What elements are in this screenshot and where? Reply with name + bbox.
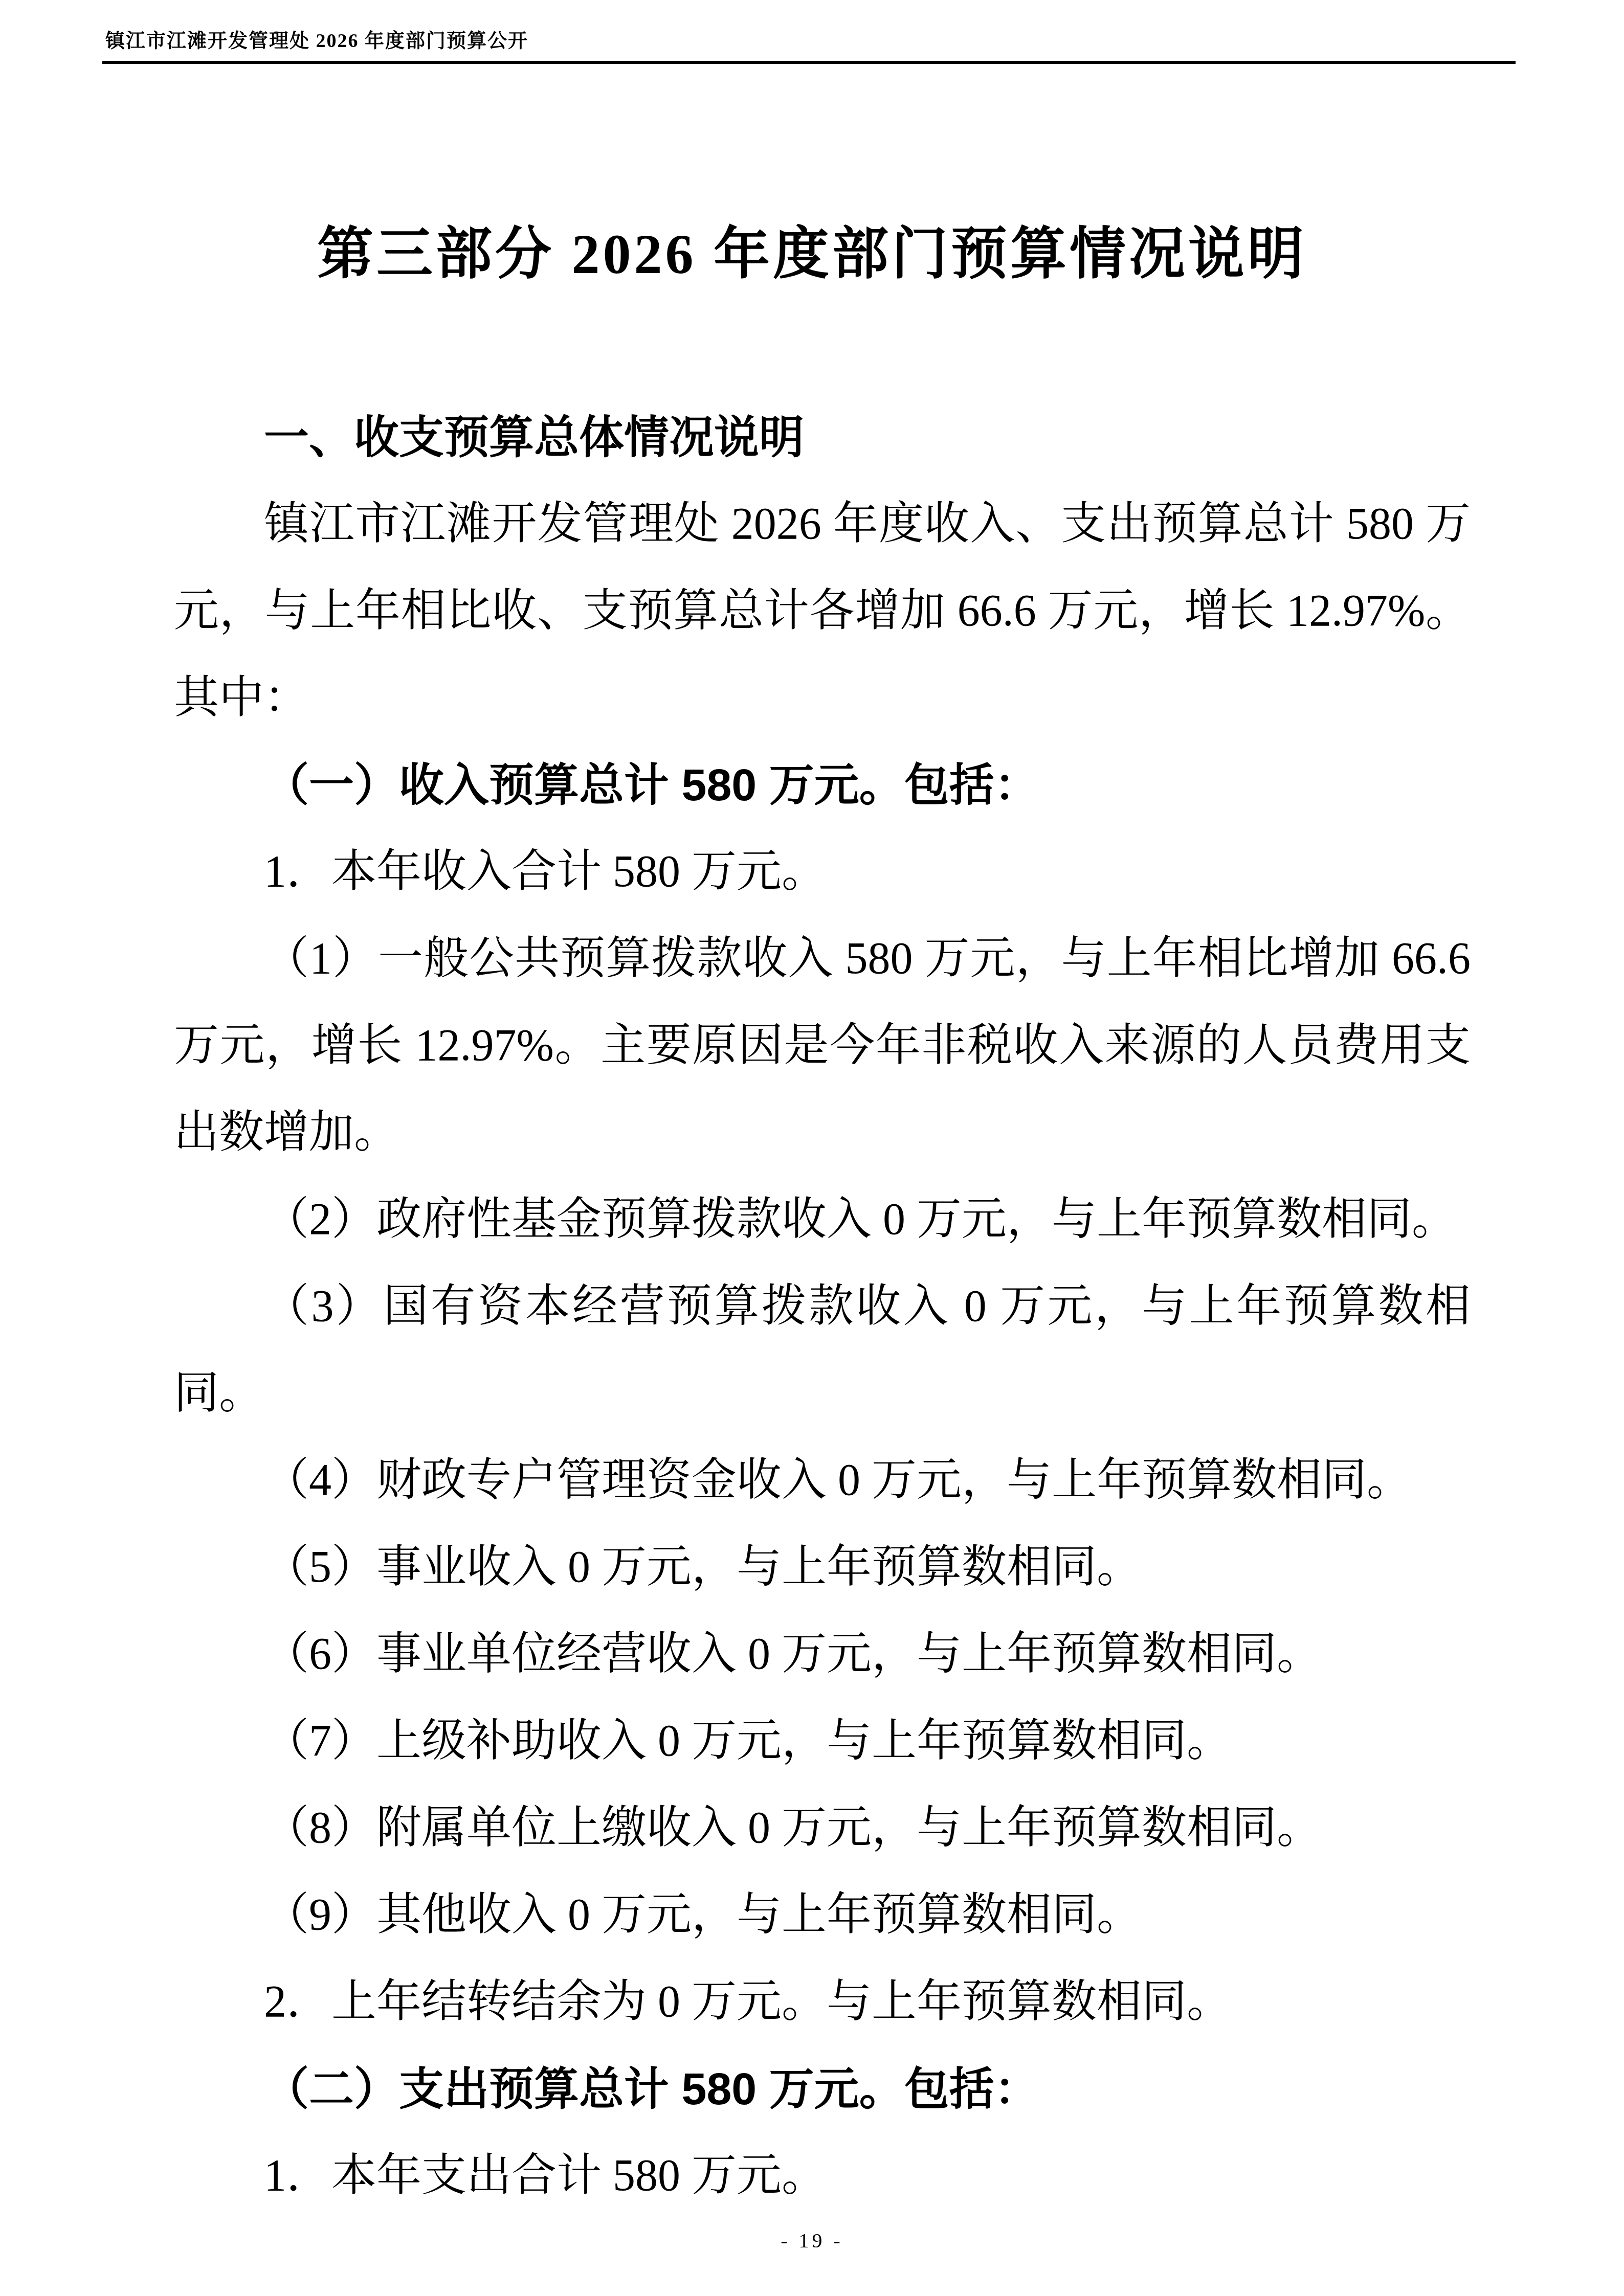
document-page: 镇江市江滩开发管理处 2026 年度部门预算公开 第三部分 2026 年度部门预… (0, 0, 1624, 2296)
page-number: - 19 - (0, 2229, 1624, 2253)
paragraph: 2．上年结转结余为 0 万元。与上年预算数相同。 (174, 1959, 1471, 2045)
paragraph: （2）政府性基金预算拨款收入 0 万元，与上年预算数相同。 (174, 1176, 1471, 1263)
paragraph: 1．本年支出合计 580 万元。 (174, 2132, 1471, 2219)
paragraph: （3）国有资本经营预算拨款收入 0 万元，与上年预算数相同。 (174, 1263, 1471, 1437)
paragraph: （9）其他收入 0 万元，与上年预算数相同。 (174, 1872, 1471, 1959)
paragraph: （5）事业收入 0 万元，与上年预算数相同。 (174, 1524, 1471, 1611)
section-heading: 一、收支预算总体情况说明 (174, 394, 1471, 481)
paragraph: （7）上级补助收入 0 万元，与上年预算数相同。 (174, 1698, 1471, 1785)
subsection-heading: （二）支出预算总计 580 万元。包括： (174, 2045, 1471, 2132)
document-body: 一、收支预算总体情况说明 镇江市江滩开发管理处 2026 年度收入、支出预算总计… (174, 394, 1471, 2219)
paragraph: 镇江市江滩开发管理处 2026 年度收入、支出预算总计 580 万元，与上年相比… (174, 481, 1471, 741)
header-divider-rule (102, 61, 1516, 64)
paragraph: 1．本年收入合计 580 万元。 (174, 828, 1471, 915)
paragraph: （1）一般公共预算拨款收入 580 万元，与上年相比增加 66.6 万元，增长 … (174, 915, 1471, 1176)
paragraph: （6）事业单位经营收入 0 万元，与上年预算数相同。 (174, 1611, 1471, 1698)
page-title: 第三部分 2026 年度部门预算情况说明 (0, 217, 1624, 291)
subsection-heading: （一）收入预算总计 580 万元。包括： (174, 741, 1471, 828)
document-header-text: 镇江市江滩开发管理处 2026 年度部门预算公开 (105, 25, 528, 53)
paragraph: （8）附属单位上缴收入 0 万元，与上年预算数相同。 (174, 1785, 1471, 1872)
paragraph: （4）财政专户管理资金收入 0 万元，与上年预算数相同。 (174, 1437, 1471, 1524)
